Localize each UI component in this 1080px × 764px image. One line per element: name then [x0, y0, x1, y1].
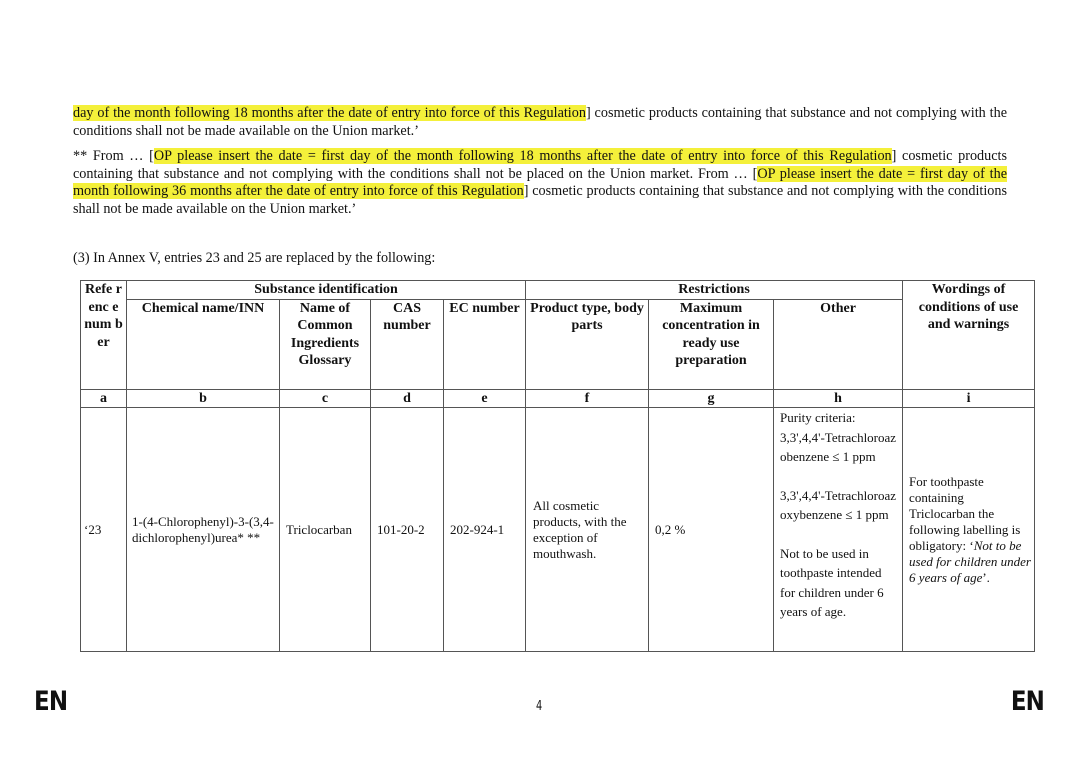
paragraph-footnote-double-star: ** From … [OP please insert the date = f…: [73, 148, 1007, 218]
header-substance-identification: Substance identification: [127, 281, 526, 300]
purity-criterion: 3,3',4,4'-Tetrachloroazobenzene ≤ 1 ppm: [780, 430, 896, 465]
usage-restriction: Not to be used in toothpaste intended fo…: [780, 546, 884, 620]
highlighted-text: OP please insert the date = first day of…: [154, 148, 892, 164]
language-code-right: EN: [1011, 686, 1044, 717]
page-number: 4: [536, 699, 542, 714]
cell-other: Purity criteria: 3,3',4,4'-Tetrachloroaz…: [774, 408, 903, 652]
header-restrictions: Restrictions: [526, 281, 903, 300]
paragraph-text: ** From … [: [73, 148, 154, 164]
column-letter: f: [526, 389, 649, 408]
column-letter: d: [371, 389, 444, 408]
column-letter: b: [127, 389, 280, 408]
language-code-left: EN: [34, 686, 67, 717]
cell-cas-number: 101-20-2: [371, 408, 444, 652]
purity-criteria-label: Purity criteria:: [780, 410, 855, 425]
header-chemical-name: Chemical name/INN: [127, 299, 280, 389]
paragraph-continuation: day of the month following 18 months aft…: [73, 105, 1007, 140]
column-letter: a: [81, 389, 127, 408]
cell-glossary-name: Triclocarban: [280, 408, 371, 652]
column-letter: h: [774, 389, 903, 408]
header-reference-number: Refe renc e num ber: [81, 281, 127, 390]
header-wordings: Wordings of conditions of use and warnin…: [903, 281, 1035, 390]
column-letter: c: [280, 389, 371, 408]
table-row: ‘23 1-(4-Chlorophenyl)-3-(3,4-dichloroph…: [81, 408, 1035, 652]
wording-text: ’.: [982, 570, 990, 585]
column-letter: i: [903, 389, 1035, 408]
annex-v-table: Refe renc e num ber Substance identifica…: [80, 280, 1035, 652]
header-ec-number: EC number: [444, 299, 526, 389]
header-product-type: Product type, body parts: [526, 299, 649, 389]
header-other: Other: [774, 299, 903, 389]
purity-criterion: 3,3',4,4'-Tetrachloroazoxybenzene ≤ 1 pp…: [780, 488, 896, 523]
header-cas-number: CAS number: [371, 299, 444, 389]
column-letter: e: [444, 389, 526, 408]
column-letter: g: [649, 389, 774, 408]
cell-chemical-name: 1-(4-Chlorophenyl)-3-(3,4-dichlorophenyl…: [127, 408, 280, 652]
header-max-concentration: Maximum concentration in ready use prepa…: [649, 299, 774, 389]
cell-wordings: For toothpaste containing Triclocarban t…: [903, 408, 1035, 652]
highlighted-text: day of the month following 18 months aft…: [73, 105, 586, 121]
amendment-intro: (3) In Annex V, entries 23 and 25 are re…: [73, 250, 1007, 268]
cell-max-concentration: 0,2 %: [649, 408, 774, 652]
cell-ec-number: 202-924-1: [444, 408, 526, 652]
cell-product-type: All cosmetic products, with the exceptio…: [526, 408, 649, 652]
cell-reference: ‘23: [81, 408, 127, 652]
header-glossary-name: Name of Common Ingredients Glossary: [280, 299, 371, 389]
